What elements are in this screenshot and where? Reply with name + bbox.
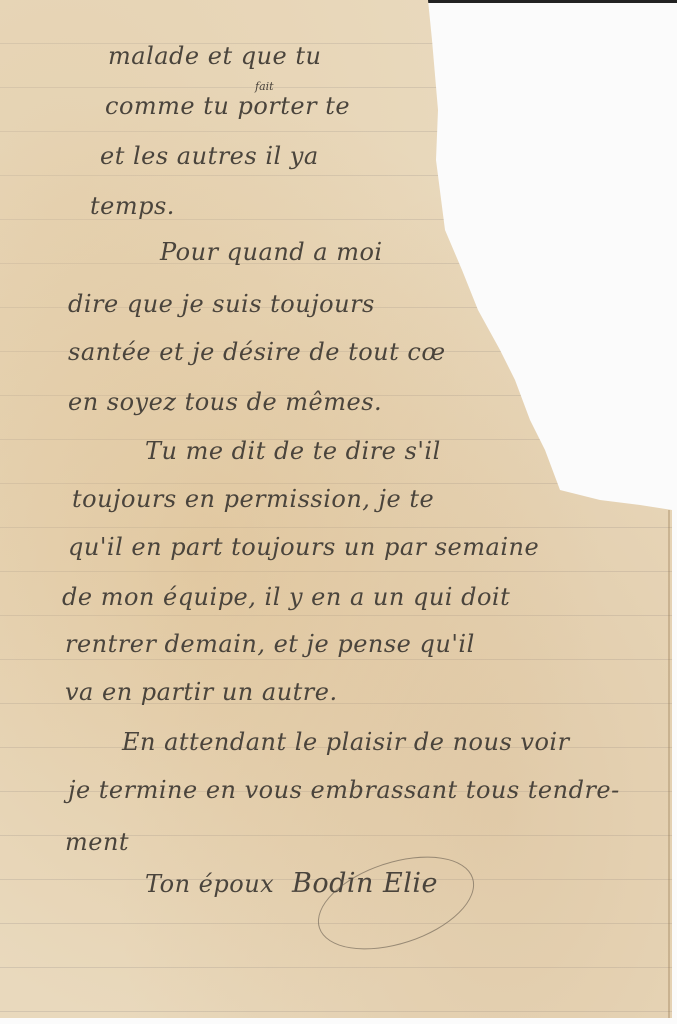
- letter-line: rentrer demain, et je pense qu'il: [65, 630, 475, 658]
- letter-line: malade et que tu: [108, 42, 321, 70]
- letter-line: ment: [65, 828, 129, 856]
- letter-line: comme tu porter te: [105, 92, 350, 120]
- closing-salutation: Ton époux: [145, 870, 274, 898]
- page-fold: [668, 510, 670, 1018]
- letter-line: qu'il en part toujours un par semaine: [68, 533, 539, 561]
- letter-line: Pour quand a moi: [160, 238, 383, 266]
- insertion-text: fait: [255, 80, 274, 93]
- letter-line: temps.: [90, 192, 175, 220]
- letter-line: je termine en vous embrassant tous tendr…: [68, 776, 620, 804]
- letter-line: santée et je désire de tout cœ: [68, 338, 446, 366]
- letter-line: en soyez tous de mêmes.: [68, 388, 382, 416]
- letter-line: dire que je suis toujours: [68, 290, 375, 318]
- letter-line: de mon équipe, il y en a un qui doit: [62, 583, 510, 611]
- letter-line: Tu me dit de te dire s'il: [145, 437, 441, 465]
- letter-line: va en partir un autre.: [65, 678, 338, 706]
- letter-line: En attendant le plaisir de nous voir: [122, 728, 570, 756]
- letter-line: et les autres il ya: [100, 142, 319, 170]
- scan-edge: [428, 0, 677, 3]
- letter-line: toujours en permission, je te: [72, 485, 434, 513]
